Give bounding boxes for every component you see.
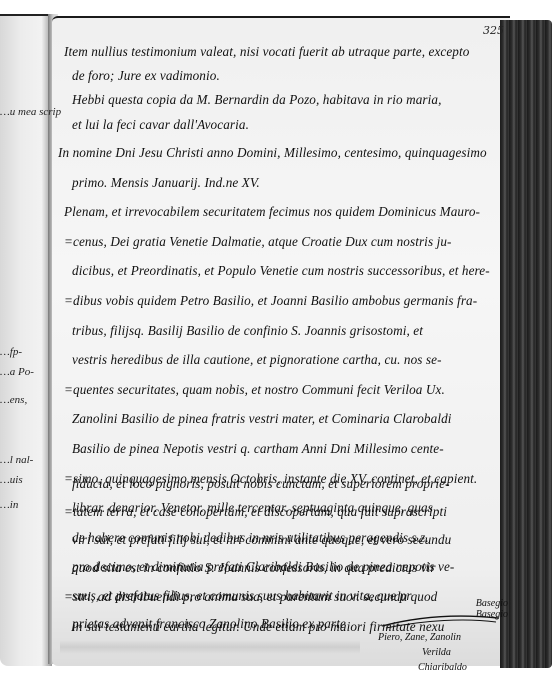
text-line: et lui la feci cavar dall'Avocaria. <box>64 112 504 138</box>
text-line: fiducia, et loco pignoris, posuit nobis … <box>64 470 504 498</box>
pen-flourish-icon <box>380 612 500 630</box>
left-page-fragment: …l nal- <box>0 454 33 466</box>
text-line: =quentes securitates, quam nobis, et nos… <box>64 375 504 405</box>
text-line: quod sita est in confinio S. Joannis con… <box>64 554 504 582</box>
text-line: In nomine Dni Jesu Christi anno Domini, … <box>58 138 504 168</box>
text-line: =dibus vobis quidem Petro Basilio, et Jo… <box>64 286 504 316</box>
text-line: Zanolini Basilio de pinea fratris vestri… <box>64 404 504 434</box>
text-line: Plenam, et irrevocabilem securitatem fec… <box>64 197 504 227</box>
left-page-fragment: …in <box>0 499 18 511</box>
stacked-page-edges <box>500 20 552 668</box>
text-line: Hebbi questa copia da M. Bernardin da Po… <box>64 88 504 112</box>
folio-number: 325 <box>483 24 504 37</box>
signature-block: Piero, Zane, Zanolin Verilda Chiaribaldo <box>378 630 488 675</box>
left-page-fragment: …fp- <box>0 346 22 358</box>
text-line: suus, et prefatus filius, et comunis suu… <box>64 582 412 610</box>
text-line: =cenus, Dei gratia Venetie Dalmatie, atq… <box>64 227 504 257</box>
text-line: de foro; Jure ex vadimonio. <box>64 64 504 88</box>
text-line: dicibus, et Preordinatis, et Populo Vene… <box>64 256 504 286</box>
signature-line: Chiaribaldo <box>378 660 488 675</box>
left-page-fragment: …uis <box>0 474 23 486</box>
text-line: primo. Mensis Januarij. Ind.ne XV. <box>64 168 504 198</box>
manuscript-scan: 325 …u mea scrip …fp- …a Po- …ens, …l na… <box>0 0 560 700</box>
text-line: Item nullius testimonium valeat, nisi vo… <box>64 40 504 64</box>
left-page-fragment: …u mea scrip <box>0 106 61 118</box>
text-line: Basilio de pinea Nepotis vestri q. carth… <box>64 434 504 464</box>
text-line: vestris heredibus de illa cautione, et p… <box>64 345 504 375</box>
signature-line: Verilda <box>378 645 488 660</box>
text-line: prietas advenit francisco Zanolino Basil… <box>64 610 412 638</box>
left-page-fragment: …a Po- <box>0 366 34 378</box>
text-line: =tatem terra, et case cohopertam, et dis… <box>64 498 504 526</box>
signature-line: Piero, Zane, Zanolin <box>378 630 488 645</box>
bleed-through-shadow <box>60 640 360 654</box>
left-page-fragment: …ens, <box>0 394 27 406</box>
text-line: viri sui, et prefati filij sui, et nri c… <box>64 526 504 554</box>
margin-note-line: Basegio <box>428 598 508 609</box>
text-line: tribus, filijsq. Basilij Basilio de conf… <box>64 316 504 346</box>
